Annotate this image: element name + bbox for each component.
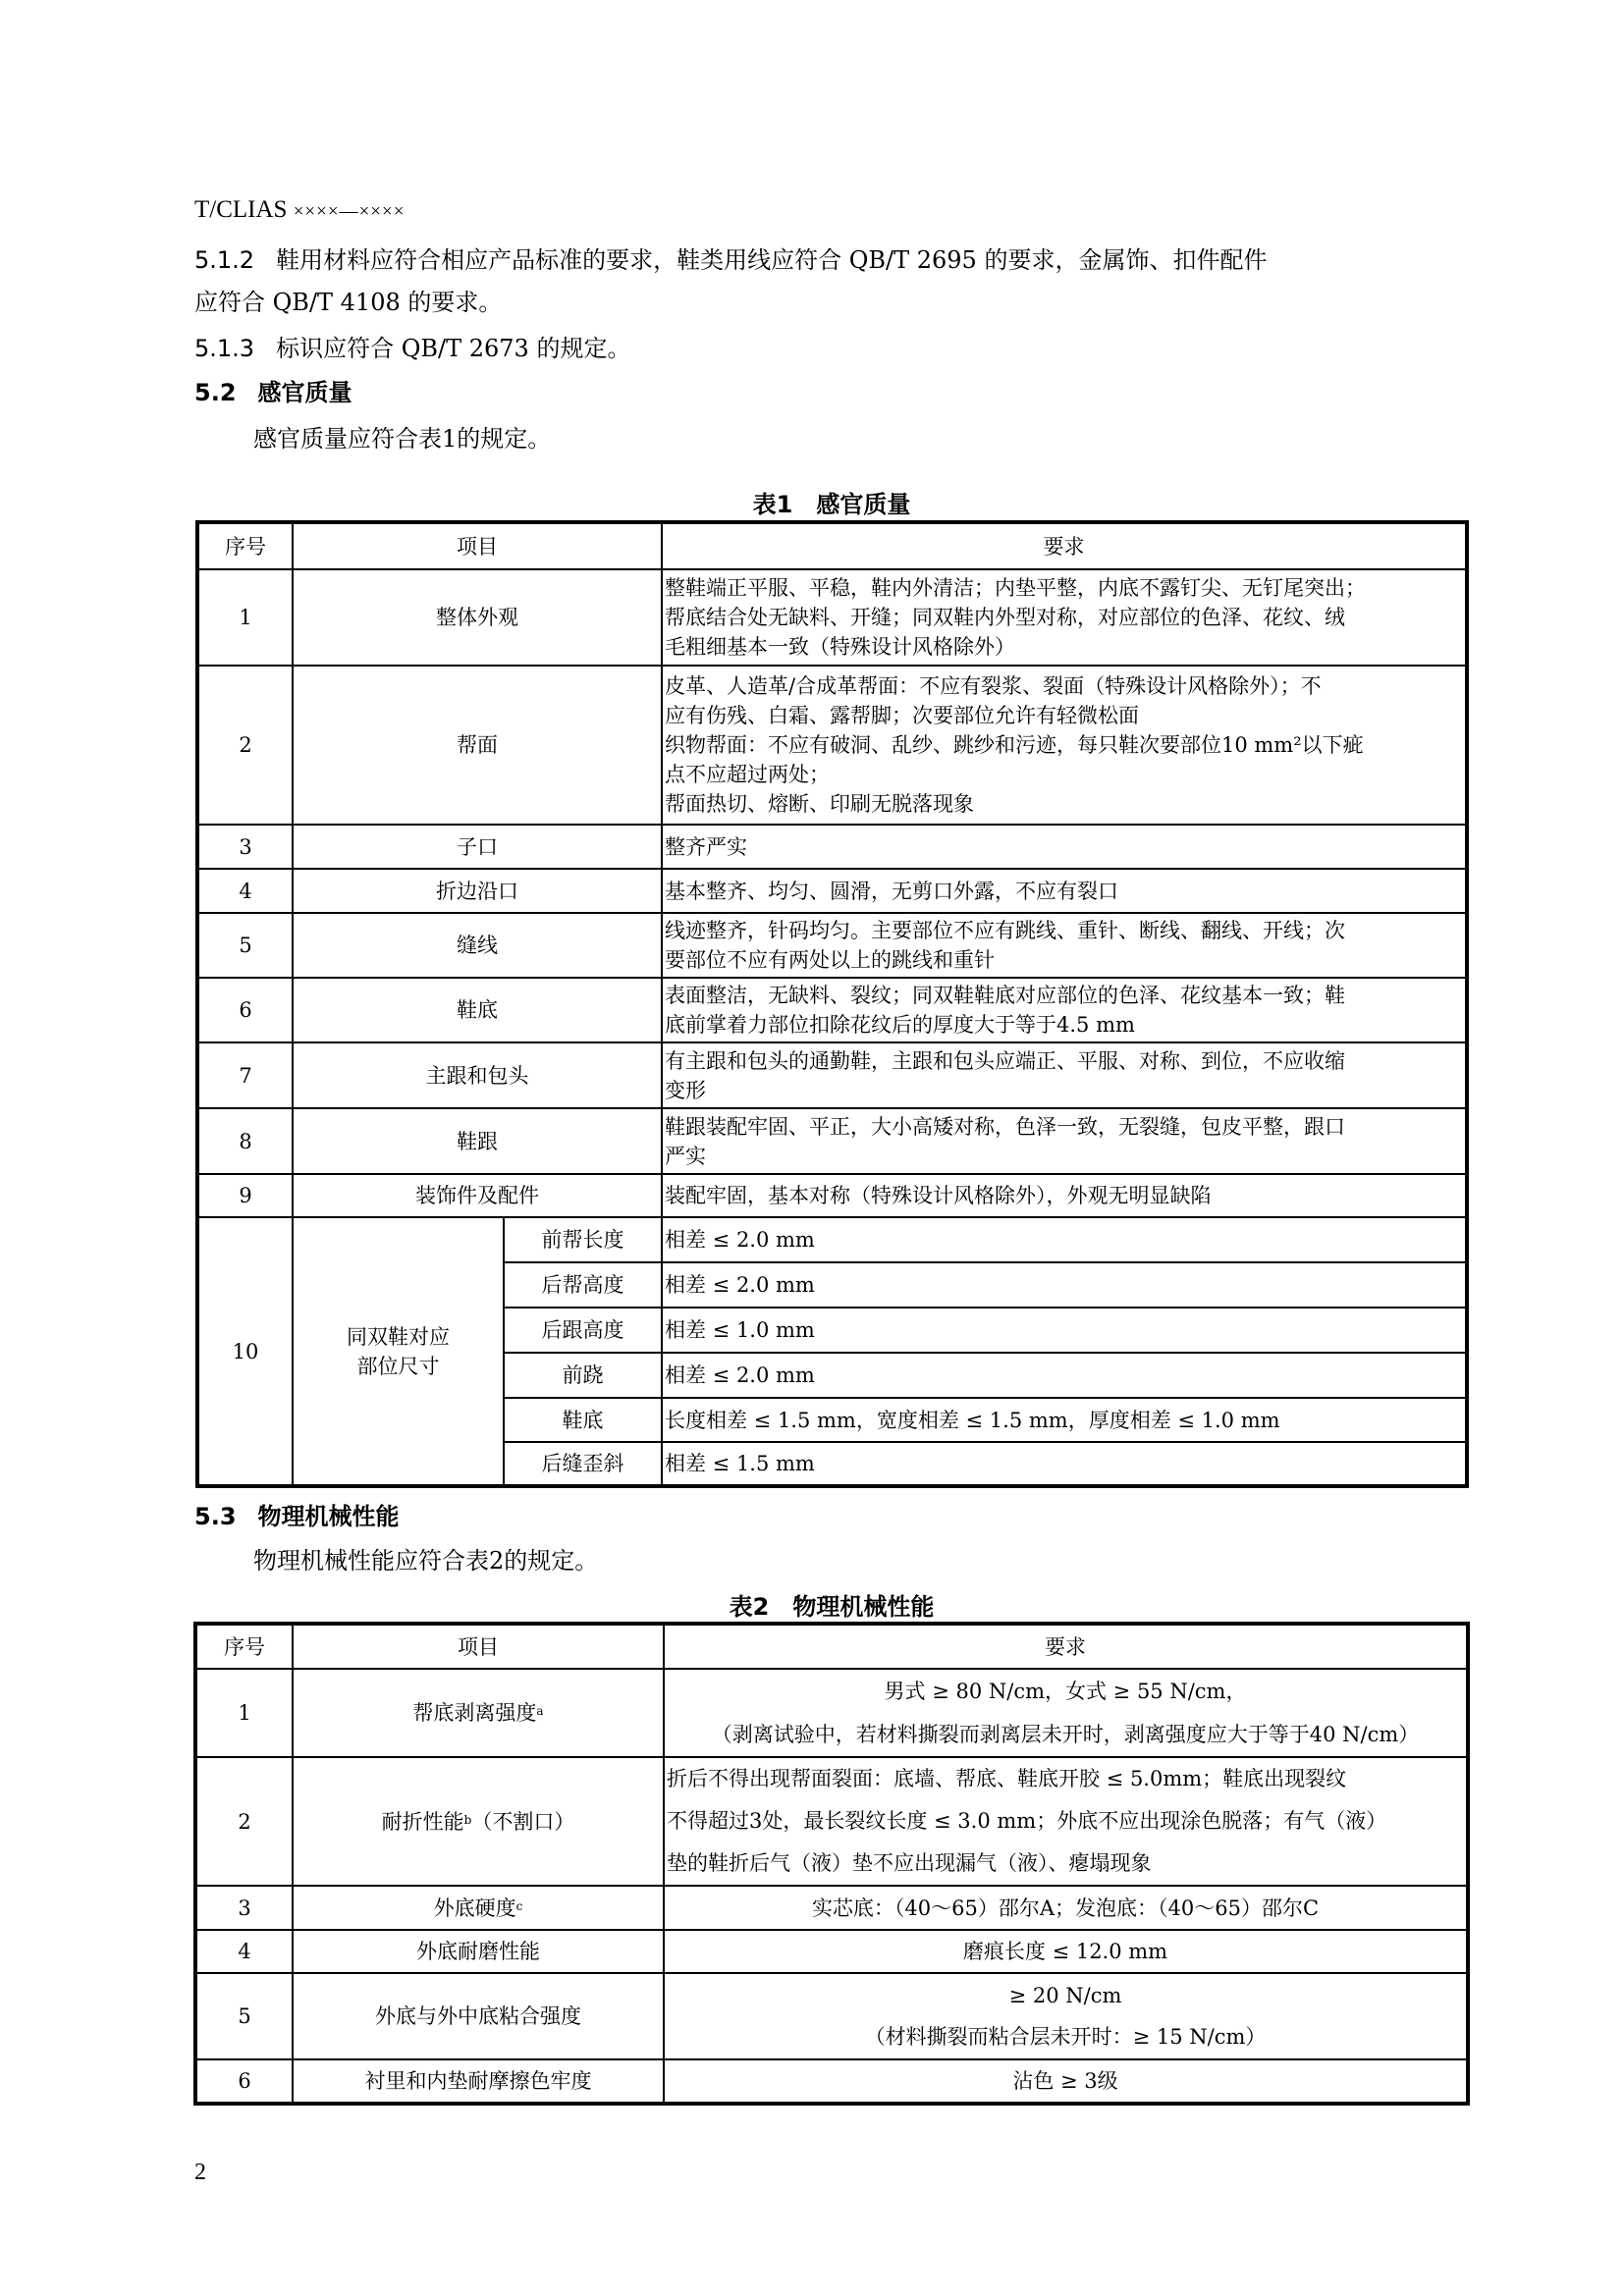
standard-number-placeholder: ××××—×××× (294, 201, 406, 222)
req-line: 应有伤残、白霜、露帮脚；次要部位允许有轻微松面 (665, 701, 1463, 730)
row-requirement: 表面整洁，无缺料、裂纹；同双鞋鞋底对应部位的色泽、花纹基本一致；鞋底前掌着力部位… (662, 978, 1467, 1042)
req-line: 表面整洁，无缺料、裂纹；同双鞋鞋底对应部位的色泽、花纹基本一致；鞋 (665, 981, 1463, 1010)
req-line: 皮革、人造革/合成革帮面：不应有裂浆、裂面（特殊设计风格除外）；不 (665, 671, 1463, 701)
row-item: 装饰件及配件 (293, 1174, 662, 1217)
row-item: 整体外观 (293, 569, 662, 666)
table-row: 1 帮底剥离强度a 男式 ≥ 80 N/cm，女式 ≥ 55 N/cm，（剥离试… (195, 1669, 1468, 1757)
sub-item: 后帮高度 (504, 1262, 662, 1308)
table-row: 6 鞋底 表面整洁，无缺料、裂纹；同双鞋鞋底对应部位的色泽、花纹基本一致；鞋底前… (197, 978, 1467, 1042)
row-requirement: 鞋跟装配牢固、平正，大小高矮对称，色泽一致，无裂缝，包皮平整，跟口严实 (662, 1108, 1467, 1174)
row-requirement: 整齐严实 (662, 825, 1467, 869)
paragraph-text: 感官质量应符合表1的规定。 (253, 425, 551, 453)
req-line: 基本整齐、均匀、圆滑，无剪口外露，不应有裂口 (665, 877, 1463, 906)
row-item: 衬里和内垫耐摩擦色牢度 (293, 2059, 664, 2104)
section-title: 感官质量 (258, 379, 352, 406)
req-line: 织物帮面：不应有破洞、乱纱、跳纱和污迹，每只鞋次要部位10 mm²以下疵 (665, 730, 1463, 760)
req-line: 底前掌着力部位扣除花纹后的厚度大于等于4.5 mm (665, 1010, 1463, 1040)
section-5-2-text: 感官质量应符合表1的规定。 (253, 424, 551, 454)
clause-number: 5.1.2 (194, 246, 254, 274)
row-no: 6 (195, 2059, 293, 2104)
item-text-tail: （不割口） (471, 1810, 574, 1834)
clause-text: 鞋用材料应符合相应产品标准的要求，鞋类用线应符合 QB/T 2695 的要求，金… (276, 246, 1267, 274)
standard-prefix: T/CLIAS (194, 196, 294, 223)
item-text: 帮底剥离强度 (412, 1701, 536, 1725)
clause-5-1-2: 5.1.2鞋用材料应符合相应产品标准的要求，鞋类用线应符合 QB/T 2695 … (194, 245, 1267, 275)
item-line: 同双鞋对应 (296, 1322, 501, 1352)
table2-physical-mechanical: 序号 项目 要求 1 帮底剥离强度a 男式 ≥ 80 N/cm，女式 ≥ 55 … (193, 1622, 1470, 2106)
table-row: 2 帮面 皮革、人造革/合成革帮面：不应有裂浆、裂面（特殊设计风格除外）；不应有… (197, 666, 1467, 825)
row-no: 5 (195, 1973, 293, 2059)
row-no: 10 (197, 1217, 293, 1486)
row-no: 2 (195, 1757, 293, 1886)
req-line: 整齐严实 (665, 832, 1463, 862)
page-number: 2 (194, 2160, 206, 2186)
row-no: 1 (195, 1669, 293, 1757)
table-row: 4 外底耐磨性能 磨痕长度 ≤ 12.0 mm (195, 1930, 1468, 1973)
row-no: 7 (197, 1042, 293, 1108)
row-item: 主跟和包头 (293, 1042, 662, 1108)
req-line: （材料撕裂而粘合层未开时：≥ 15 N/cm） (667, 2016, 1464, 2057)
clause-text: 应符合 QB/T 4108 的要求。 (194, 289, 502, 316)
row-requirement: 装配牢固，基本对称（特殊设计风格除外），外观无明显缺陷 (662, 1174, 1467, 1217)
row-requirement: 折后不得出现帮面裂面：底墙、帮底、鞋底开胶 ≤ 5.0mm；鞋底出现裂纹不得超过… (664, 1757, 1468, 1886)
table-row: 3 子口 整齐严实 (197, 825, 1467, 869)
table-row: 4 折边沿口 基本整齐、均匀、圆滑，无剪口外露，不应有裂口 (197, 869, 1467, 913)
header-item: 项目 (293, 522, 662, 569)
req-line: 有主跟和包头的通勤鞋，主跟和包头应端正、平服、对称、到位，不应收缩 (665, 1046, 1463, 1076)
header-requirement: 要求 (664, 1624, 1468, 1669)
row-item: 帮面 (293, 666, 662, 825)
sub-requirement: 相差 ≤ 2.0 mm (662, 1262, 1467, 1308)
sub-item: 后跟高度 (504, 1308, 662, 1353)
req-line: 不得超过3处，最长裂纹长度 ≤ 3.0 mm；外底不应出现涂色脱落；有气（液） (667, 1800, 1464, 1842)
section-title: 物理机械性能 (258, 1503, 400, 1530)
section-number: 5.3 (194, 1503, 237, 1530)
req-line: 鞋跟装配牢固、平正，大小高矮对称，色泽一致，无裂缝，包皮平整，跟口 (665, 1112, 1463, 1142)
section-5-3-text: 物理机械性能应符合表2的规定。 (253, 1546, 598, 1575)
req-line: 帮底结合处无缺料、开缝；同双鞋内外型对称，对应部位的色泽、花纹、绒 (665, 603, 1463, 632)
req-line: 装配牢固，基本对称（特殊设计风格除外），外观无明显缺陷 (665, 1181, 1463, 1210)
table1-sensory-quality: 序号 项目 要求 1 整体外观 整鞋端正平服、平稳，鞋内外清洁；内垫平整，内底不… (195, 520, 1469, 1488)
row-no: 5 (197, 913, 293, 978)
row-requirement: 实芯底：（40～65）邵尔A；发泡底：（40～65）邵尔C (664, 1886, 1468, 1930)
row-requirement: 磨痕长度 ≤ 12.0 mm (664, 1930, 1468, 1973)
table-row: 10 同双鞋对应部位尺寸 前帮长度 相差 ≤ 2.0 mm (197, 1217, 1467, 1262)
table-row: 5 外底与外中底粘合强度 ≥ 20 N/cm（材料撕裂而粘合层未开时：≥ 15 … (195, 1973, 1468, 2059)
row-requirement: 整鞋端正平服、平稳，鞋内外清洁；内垫平整，内底不露钉尖、无钉尾突出；帮底结合处无… (662, 569, 1467, 666)
row-item: 鞋跟 (293, 1108, 662, 1174)
sub-requirement: 相差 ≤ 1.5 mm (662, 1442, 1467, 1486)
row-item: 缝线 (293, 913, 662, 978)
header-no: 序号 (197, 522, 293, 569)
table-header-row: 序号 项目 要求 (195, 1624, 1468, 1669)
row-item: 帮底剥离强度a (293, 1669, 664, 1757)
sub-item: 前跷 (504, 1353, 662, 1398)
req-line: 变形 (665, 1076, 1463, 1105)
row-no: 1 (197, 569, 293, 666)
section-number: 5.2 (194, 379, 237, 406)
sub-requirement: 相差 ≤ 1.0 mm (662, 1308, 1467, 1353)
header-no: 序号 (195, 1624, 293, 1669)
req-line: 毛粗细基本一致（特殊设计风格除外） (665, 632, 1463, 662)
sub-requirement: 长度相差 ≤ 1.5 mm，宽度相差 ≤ 1.5 mm，厚度相差 ≤ 1.0 m… (662, 1398, 1467, 1442)
row-item: 鞋底 (293, 978, 662, 1042)
req-line: 线迹整齐，针码均匀。主要部位不应有跳线、重针、断线、翻线、开线；次 (665, 916, 1463, 945)
footnote-marker: b (464, 1813, 472, 1827)
sub-requirement: 相差 ≤ 2.0 mm (662, 1217, 1467, 1262)
req-line: 男式 ≥ 80 N/cm，女式 ≥ 55 N/cm， (667, 1670, 1464, 1713)
table-row: 1 整体外观 整鞋端正平服、平稳，鞋内外清洁；内垫平整，内底不露钉尖、无钉尾突出… (197, 569, 1467, 666)
sub-item: 后缝歪斜 (504, 1442, 662, 1486)
row-requirement: 线迹整齐，针码均匀。主要部位不应有跳线、重针、断线、翻线、开线；次要部位不应有两… (662, 913, 1467, 978)
section-5-3-heading: 5.3物理机械性能 (194, 1502, 400, 1531)
row-requirement: 皮革、人造革/合成革帮面：不应有裂浆、裂面（特殊设计风格除外）；不应有伤残、白霜… (662, 666, 1467, 825)
header-item: 项目 (293, 1624, 664, 1669)
clause-number: 5.1.3 (194, 335, 254, 362)
table-header-row: 序号 项目 要求 (197, 522, 1467, 569)
row-item: 外底硬度c (293, 1886, 664, 1930)
row-no: 3 (195, 1886, 293, 1930)
row-item: 子口 (293, 825, 662, 869)
row-no: 9 (197, 1174, 293, 1217)
sub-requirement: 相差 ≤ 2.0 mm (662, 1353, 1467, 1398)
item-text: 耐折性能 (382, 1810, 464, 1834)
row-requirement: 有主跟和包头的通勤鞋，主跟和包头应端正、平服、对称、到位，不应收缩变形 (662, 1042, 1467, 1108)
row-requirement: 男式 ≥ 80 N/cm，女式 ≥ 55 N/cm，（剥离试验中，若材料撕裂而剥… (664, 1669, 1468, 1757)
row-item: 外底与外中底粘合强度 (293, 1973, 664, 2059)
paragraph-text: 物理机械性能应符合表2的规定。 (253, 1547, 598, 1575)
req-line: 折后不得出现帮面裂面：底墙、帮底、鞋底开胶 ≤ 5.0mm；鞋底出现裂纹 (667, 1758, 1464, 1800)
row-requirement: ≥ 20 N/cm（材料撕裂而粘合层未开时：≥ 15 N/cm） (664, 1973, 1468, 2059)
req-line: ≥ 20 N/cm (667, 1975, 1464, 2016)
item-text: 外底硬度 (434, 1896, 516, 1920)
req-line: 实芯底：（40～65）邵尔A；发泡底：（40～65）邵尔C (667, 1894, 1464, 1923)
table-row: 8 鞋跟 鞋跟装配牢固、平正，大小高矮对称，色泽一致，无裂缝，包皮平整，跟口严实 (197, 1108, 1467, 1174)
table-row: 3 外底硬度c 实芯底：（40～65）邵尔A；发泡底：（40～65）邵尔C (195, 1886, 1468, 1930)
footnote-marker: a (536, 1704, 543, 1718)
req-line: （剥离试验中，若材料撕裂而剥离层未开时，剥离强度应大于等于40 N/cm） (667, 1713, 1464, 1756)
row-requirement: 沾色 ≥ 3级 (664, 2059, 1468, 2104)
clause-5-1-2-cont: 应符合 QB/T 4108 的要求。 (194, 288, 502, 317)
table-row: 2 耐折性能b（不割口） 折后不得出现帮面裂面：底墙、帮底、鞋底开胶 ≤ 5.0… (195, 1757, 1468, 1886)
table2-caption: 表2 物理机械性能 (194, 1587, 1469, 1622)
sub-item: 鞋底 (504, 1398, 662, 1442)
req-line: 点不应超过两处； (665, 760, 1463, 789)
row-item: 同双鞋对应部位尺寸 (293, 1217, 504, 1486)
req-line: 垫的鞋折后气（液）垫不应出现漏气（液）、瘪塌现象 (667, 1842, 1464, 1885)
req-line: 严实 (665, 1142, 1463, 1171)
row-no: 6 (197, 978, 293, 1042)
row-no: 2 (197, 666, 293, 825)
row-item: 折边沿口 (293, 869, 662, 913)
req-line: 整鞋端正平服、平稳，鞋内外清洁；内垫平整，内底不露钉尖、无钉尾突出； (665, 573, 1463, 603)
row-no: 4 (195, 1930, 293, 1973)
table-row: 9 装饰件及配件 装配牢固，基本对称（特殊设计风格除外），外观无明显缺陷 (197, 1174, 1467, 1217)
row-no: 3 (197, 825, 293, 869)
req-line: 沾色 ≥ 3级 (667, 2066, 1464, 2096)
row-no: 4 (197, 869, 293, 913)
footnote-marker: c (516, 1899, 523, 1913)
req-line: 帮面热切、熔断、印刷无脱落现象 (665, 789, 1463, 819)
table-row: 5 缝线 线迹整齐，针码均匀。主要部位不应有跳线、重针、断线、翻线、开线；次要部… (197, 913, 1467, 978)
document-code-header: T/CLIAS ××××—×××× (194, 196, 405, 224)
header-requirement: 要求 (662, 522, 1467, 569)
req-line: 要部位不应有两处以上的跳线和重针 (665, 945, 1463, 975)
clause-5-1-3: 5.1.3标识应符合 QB/T 2673 的规定。 (194, 334, 630, 363)
row-requirement: 基本整齐、均匀、圆滑，无剪口外露，不应有裂口 (662, 869, 1467, 913)
row-item: 耐折性能b（不割口） (293, 1757, 664, 1886)
row-no: 8 (197, 1108, 293, 1174)
sub-item: 前帮长度 (504, 1217, 662, 1262)
item-line: 部位尺寸 (296, 1352, 501, 1381)
table-row: 6 衬里和内垫耐摩擦色牢度 沾色 ≥ 3级 (195, 2059, 1468, 2104)
clause-text: 标识应符合 QB/T 2673 的规定。 (276, 335, 630, 362)
section-5-2-heading: 5.2感官质量 (194, 378, 352, 407)
row-item: 外底耐磨性能 (293, 1930, 664, 1973)
table-row: 7 主跟和包头 有主跟和包头的通勤鞋，主跟和包头应端正、平服、对称、到位，不应收… (197, 1042, 1467, 1108)
req-line: 磨痕长度 ≤ 12.0 mm (667, 1937, 1464, 1966)
table1-caption: 表1 感官质量 (194, 485, 1469, 519)
